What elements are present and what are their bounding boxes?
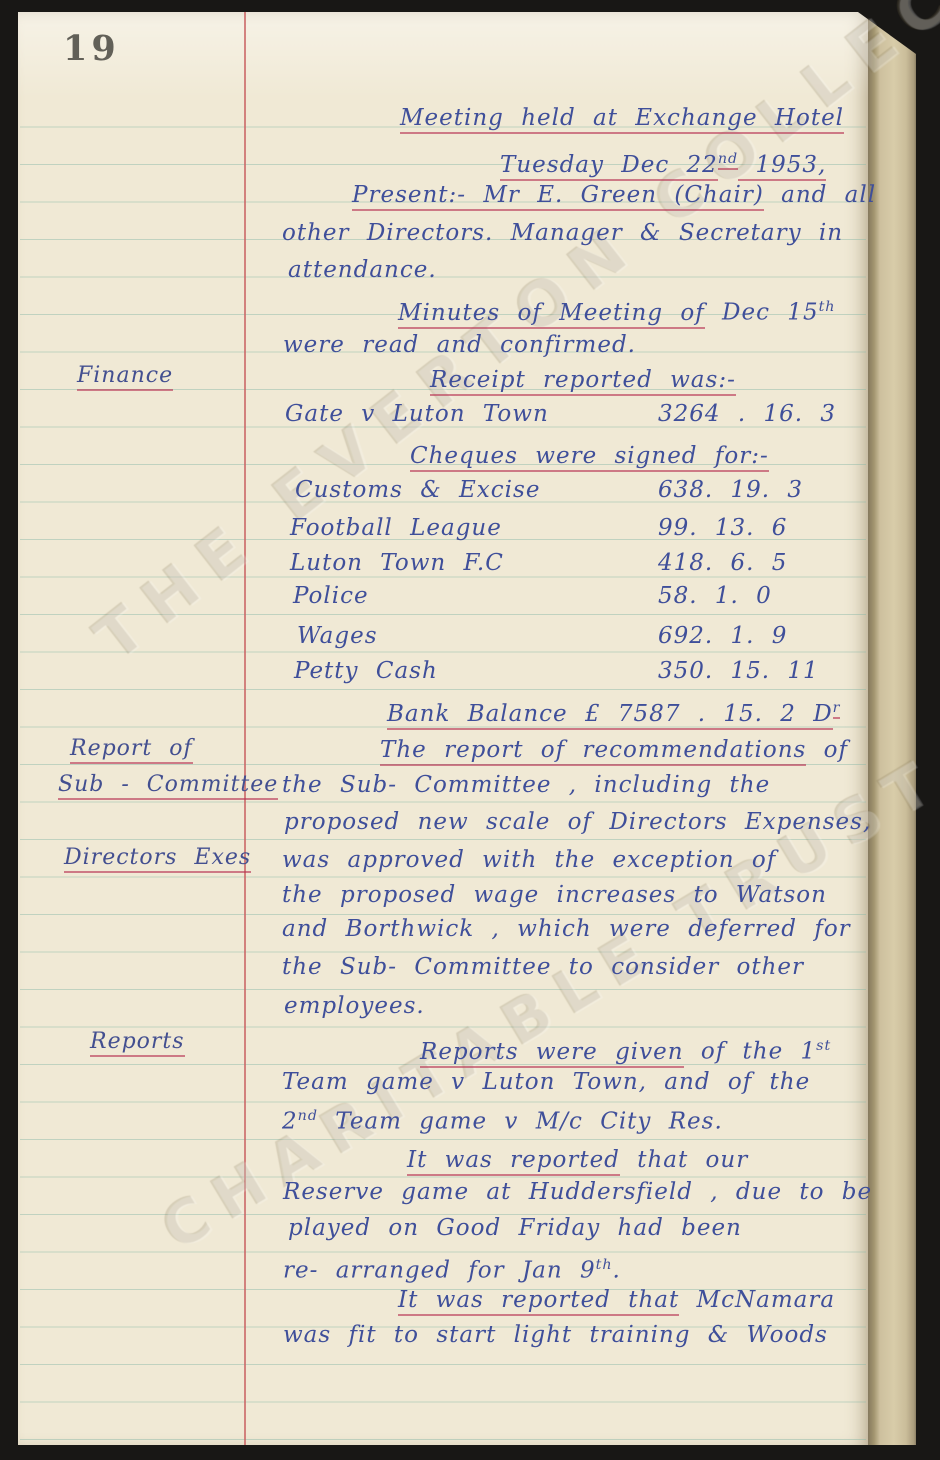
handwritten-line: were read and confirmed.	[283, 331, 636, 359]
handwriting-segment: were read and confirmed.	[283, 332, 636, 358]
handwritten-line: Present:- Mr E. Green (Chair) and all	[352, 181, 876, 209]
handwriting-segment: Customs & Excise	[295, 477, 540, 503]
handwritten-line: Police58. 1. 0	[293, 582, 369, 610]
handwriting-segment: 2	[282, 1109, 298, 1135]
handwriting-segment: of	[806, 737, 848, 763]
handwriting-segment: It was reported that	[398, 1287, 679, 1316]
handwritten-line: 2nd Team game v M/c City Res.	[282, 1102, 723, 1136]
handwriting-segment: r	[833, 700, 841, 719]
handwriting-segment: Reserve game at Huddersfield , due to be	[283, 1179, 872, 1205]
handwritten-line: other Directors. Manager & Secretary in	[282, 219, 843, 247]
handwritten-line: attendance.	[288, 256, 437, 284]
handwriting-segment: was approved with the exception of	[282, 847, 776, 873]
handwriting-segment: Bank Balance £ 7587 . 15. 2 D	[387, 701, 833, 730]
handwritten-line: Tuesday Dec 22nd 1953,	[500, 145, 826, 179]
handwriting-segment: .	[613, 1258, 621, 1284]
handwriting-segment: Cheques were signed for:-	[410, 443, 769, 472]
handwriting-segment: re- arranged for Jan 9	[283, 1258, 596, 1284]
handwritten-line: re- arranged for Jan 9th.	[283, 1251, 621, 1285]
handwriting-segment: Wages	[297, 623, 378, 649]
handwritten-line: Reserve game at Huddersfield , due to be	[283, 1178, 872, 1206]
handwriting-segment: Meeting held at Exchange Hotel	[400, 105, 844, 134]
margin-heading-label: Finance	[77, 363, 173, 391]
handwriting-segment: the proposed wage increases to Watson	[282, 882, 827, 908]
handwritten-line: the Sub- Committee to consider other	[282, 953, 804, 981]
handwritten-line: Meeting held at Exchange Hotel	[400, 104, 844, 132]
handwritten-line: Team game v Luton Town, and of the	[282, 1068, 810, 1096]
ledger-amount: 418. 6. 5	[658, 549, 787, 577]
handwritten-line: It was reported that our	[407, 1146, 748, 1174]
handwritten-line: employees.	[284, 992, 425, 1020]
handwriting-segment: nd	[298, 1108, 318, 1124]
handwriting-segment: played on Good Friday had been	[288, 1215, 742, 1241]
handwriting-segment: other Directors. Manager & Secretary in	[282, 220, 843, 246]
handwriting-segment: was fit to start light training & Woods	[283, 1322, 828, 1348]
handwriting-segment: the Sub- Committee , including the	[282, 772, 770, 798]
handwriting-segment: Team game v Luton Town, and of the	[282, 1069, 810, 1095]
handwriting-segment: Gate v Luton Town	[285, 401, 549, 427]
handwritten-line: proposed new scale of Directors Expenses…	[284, 808, 871, 836]
handwriting-segment: th	[596, 1257, 613, 1273]
handwritten-line: was approved with the exception of	[282, 846, 776, 874]
ledger-amount: 350. 15. 11	[658, 657, 819, 685]
handwritten-line: Wages692. 1. 9	[297, 622, 378, 650]
handwritten-line: played on Good Friday had been	[288, 1214, 742, 1242]
handwriting-segment: McNamara	[679, 1287, 835, 1313]
margin-heading: Directors Exes	[64, 844, 251, 872]
ledger-amount: 3264 . 16. 3	[658, 400, 836, 428]
handwritten-line: It was reported that McNamara	[398, 1286, 835, 1314]
margin-heading-label: Directors Exes	[64, 845, 251, 873]
handwriting-segment: Dec 15	[705, 300, 819, 326]
margin-heading-label: Reports	[90, 1029, 185, 1057]
handwritten-line: Receipt reported was:-	[430, 366, 736, 394]
page-corner-shadow	[858, 12, 916, 54]
minute-book-scan: 19 THE EVERTON COLLECTION CHARITABLE TRU…	[0, 0, 940, 1460]
handwritten-line: Reports were given of the 1st	[420, 1032, 831, 1066]
handwritten-line: Bank Balance £ 7587 . 15. 2 Dr	[387, 694, 840, 728]
handwriting-segment: th	[819, 299, 836, 315]
handwritten-line: Minutes of Meeting of Dec 15th	[398, 293, 835, 327]
handwriting-segment: that our	[620, 1147, 748, 1173]
book-page-edge	[868, 12, 916, 1445]
handwriting-segment: the Sub- Committee to consider other	[282, 954, 804, 980]
handwriting-segment: Tuesday Dec 22	[500, 152, 718, 181]
handwritten-line: and Borthwick , which were deferred for	[282, 915, 851, 943]
margin-heading-label: Report of	[70, 736, 193, 764]
ledger-amount: 99. 13. 6	[658, 514, 787, 542]
handwritten-line: Luton Town F.C418. 6. 5	[290, 549, 504, 577]
ledger-amount: 638. 19. 3	[658, 476, 803, 504]
margin-heading: Finance	[77, 362, 173, 390]
margin-heading-label: Sub - Committee	[58, 772, 278, 800]
page-top-light-band	[18, 12, 868, 98]
ledger-amount: 692. 1. 9	[658, 622, 787, 650]
handwriting-segment: Police	[293, 583, 369, 609]
handwriting-segment: proposed new scale of Directors Expenses…	[284, 809, 871, 835]
handwriting-segment: Luton Town F.C	[290, 550, 504, 576]
handwriting-segment: Reports were given	[420, 1039, 684, 1068]
handwriting-segment: Petty Cash	[294, 658, 438, 684]
handwriting-segment: Football League	[290, 515, 502, 541]
handwriting-segment: and all	[764, 182, 876, 208]
handwritten-line: Football League99. 13. 6	[290, 514, 502, 542]
handwriting-segment: nd	[718, 151, 738, 170]
ledger-amount: 58. 1. 0	[658, 582, 772, 610]
handwriting-segment: attendance.	[288, 257, 437, 283]
handwritten-line: Petty Cash350. 15. 11	[294, 657, 438, 685]
handwriting-segment: 1953,	[738, 152, 826, 181]
handwritten-line: The report of recommendations of	[380, 736, 848, 764]
handwriting-segment: It was reported	[407, 1147, 620, 1176]
handwriting-segment: employees.	[284, 993, 425, 1019]
handwritten-line: was fit to start light training & Woods	[283, 1321, 828, 1349]
handwritten-line: Cheques were signed for:-	[410, 442, 769, 470]
handwritten-line: the Sub- Committee , including the	[282, 771, 770, 799]
red-margin-rule	[244, 12, 246, 1445]
handwriting-segment: The report of recommendations	[380, 737, 806, 766]
handwritten-line: the proposed wage increases to Watson	[282, 881, 827, 909]
page-number-stamp: 19	[63, 28, 120, 69]
handwriting-segment: and Borthwick , which were deferred for	[282, 916, 851, 942]
handwriting-segment: Receipt reported was:-	[430, 367, 736, 396]
handwritten-line: Customs & Excise638. 19. 3	[295, 476, 540, 504]
handwriting-segment: Minutes of Meeting of	[398, 300, 705, 329]
handwritten-line: Gate v Luton Town3264 . 16. 3	[285, 400, 549, 428]
handwriting-segment: of the 1	[684, 1039, 817, 1065]
margin-heading: Sub - Committee	[58, 771, 278, 799]
handwriting-segment: st	[816, 1038, 831, 1054]
handwriting-segment: Team game v M/c City Res.	[318, 1109, 723, 1135]
handwriting-segment: Present:- Mr E. Green (Chair)	[352, 182, 764, 211]
margin-heading: Report of	[70, 735, 193, 763]
margin-heading: Reports	[90, 1028, 185, 1056]
